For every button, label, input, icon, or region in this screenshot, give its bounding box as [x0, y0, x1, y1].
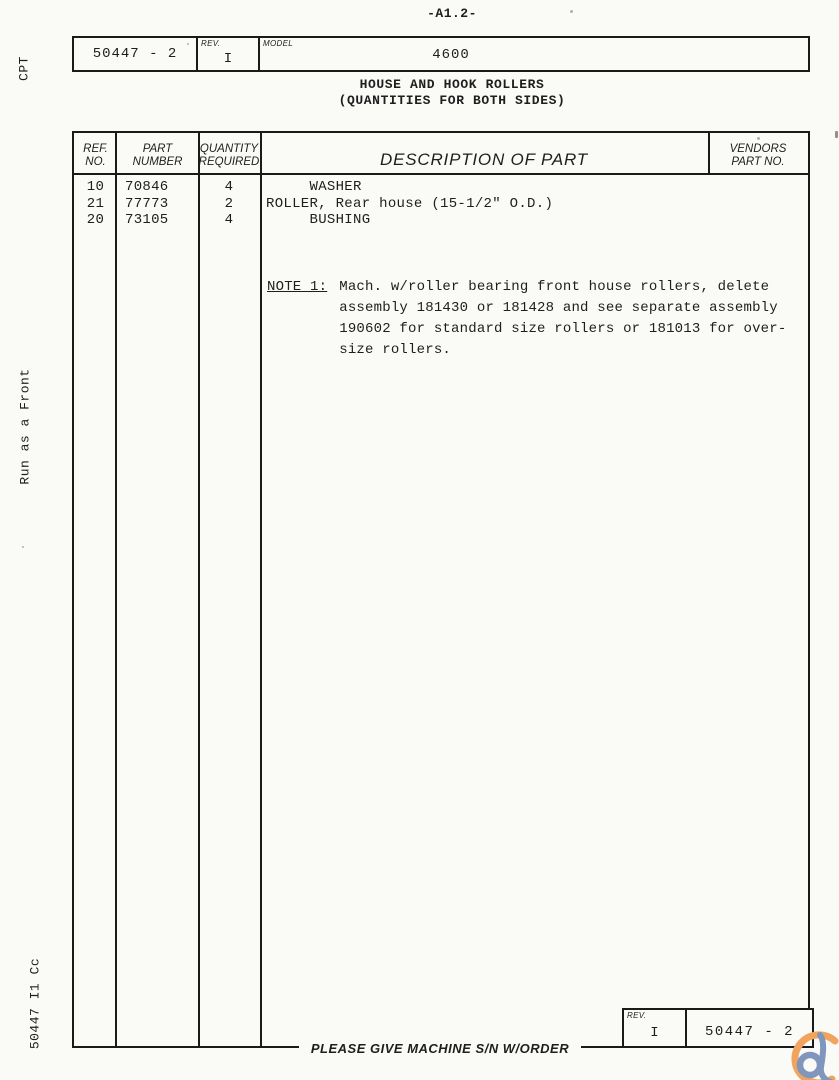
margin-note-form-number: 50447 I1 Cc — [28, 944, 43, 1064]
scan-speck — [570, 10, 573, 13]
watermark-logo — [786, 1026, 839, 1080]
scan-speck — [187, 43, 189, 45]
column-divider — [198, 133, 200, 1046]
page-reference: -A1.2- — [72, 6, 832, 21]
title-line2: (QUANTITIES FOR BOTH SIDES) — [72, 93, 832, 109]
cell-quantity: 4 — [198, 179, 260, 195]
header-part-number: PART NUMBER — [117, 133, 198, 173]
cell-quantity: 4 — [198, 212, 260, 228]
logo-blue-bowl — [800, 1055, 820, 1075]
cell-description: ROLLER, Rear house (15-1/2" O.D.) — [260, 196, 808, 212]
parts-table-header-row: REF. NO. PART NUMBER QUANTITY REQUIRED D… — [74, 133, 808, 175]
header-quantity: QUANTITY REQUIRED — [198, 133, 260, 173]
note-label: NOTE 1: — [267, 277, 327, 361]
title-block: 50447 - 2 REV. I MODEL 4600 — [72, 36, 810, 72]
table-row: 20 73105 4 BUSHING — [74, 212, 808, 229]
title-block-rev-cell: REV. I — [198, 38, 260, 70]
scan-speck — [22, 546, 24, 548]
table-row: 10 70846 4 WASHER — [74, 179, 808, 196]
table-row: 21 77773 2 ROLLER, Rear house (15-1/2" O… — [74, 196, 808, 213]
cell-description: BUSHING — [260, 212, 808, 228]
cell-part-number: 70846 — [117, 179, 198, 195]
footer-rev-cell: REV. I — [624, 1010, 687, 1046]
title-line1: HOUSE AND HOOK ROLLERS — [72, 77, 832, 93]
logo-blue-stem — [820, 1035, 831, 1080]
footer-drawing-number: 50447 - 2 — [705, 1024, 794, 1040]
scan-speck — [835, 131, 838, 138]
cell-part-number: 77773 — [117, 196, 198, 212]
title-block-drawing-number-cell: 50447 - 2 — [74, 38, 198, 70]
column-divider — [115, 133, 117, 1046]
parts-table: REF. NO. PART NUMBER QUANTITY REQUIRED D… — [72, 131, 810, 1048]
document-title: HOUSE AND HOOK ROLLERS (QUANTITIES FOR B… — [72, 77, 832, 109]
rev-value: I — [198, 51, 258, 67]
order-note-text: PLEASE GIVE MACHINE S/N W/ORDER — [299, 1041, 581, 1056]
scan-speck — [764, 143, 766, 145]
parts-table-body: 10 70846 4 WASHER 21 77773 2 ROLLER, Rea… — [74, 179, 808, 229]
model-value: 4600 — [260, 47, 642, 63]
header-description: DESCRIPTION OF PART — [260, 133, 708, 173]
document-page: CPT Run as a Front 50447 I1 Cc -A1.2- 50… — [0, 0, 839, 1080]
footer-rev-label: REV. — [627, 1011, 646, 1020]
column-divider — [260, 133, 262, 1046]
rev-label: REV. — [201, 39, 220, 48]
margin-note-cpt: CPT — [17, 29, 32, 109]
margin-note-run-as-front: Run as a Front — [18, 357, 33, 497]
header-ref-no: REF. NO. — [74, 133, 117, 173]
note-text: Mach. w/roller bearing front house rolle… — [339, 277, 786, 361]
cell-part-number: 73105 — [117, 212, 198, 228]
cell-ref-no: 20 — [74, 212, 117, 228]
cell-ref-no: 10 — [74, 179, 117, 195]
cell-ref-no: 21 — [74, 196, 117, 212]
cell-quantity: 2 — [198, 196, 260, 212]
title-block-model-cell: MODEL 4600 — [260, 38, 808, 70]
cell-description: WASHER — [260, 179, 808, 195]
scan-speck — [757, 137, 760, 140]
drawing-number: 50447 - 2 — [93, 46, 178, 62]
footer-rev-value: I — [624, 1025, 685, 1041]
vendors-column-divider — [708, 133, 710, 175]
note-block: NOTE 1: Mach. w/roller bearing front hou… — [267, 277, 787, 361]
